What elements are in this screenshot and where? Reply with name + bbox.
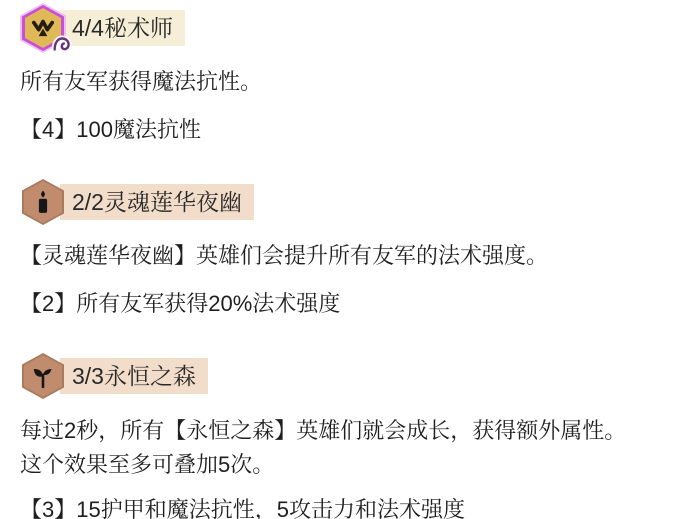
trait-bonus-mystic: 【4】100魔法抗性 [20,116,668,144]
trait-tier-label-spirit-blossom: 2/2灵魂莲华夜幽 [60,184,254,220]
eternal-forest-trait-hex [20,351,66,401]
trait-section-spirit-blossom: 2/2灵魂莲华夜幽 【灵魂莲华夜幽】英雄们会提升所有友军的法术强度。 【2】所有… [20,178,668,318]
trait-description-eternal-forest: 每过2秒，所有【永恒之森】英雄们就会成长，获得额外属性。 这个效果至多可叠加5次… [20,414,668,482]
trait-tier-label-mystic: 4/4秘术师 [60,10,185,46]
trait-header-spirit-blossom[interactable]: 2/2灵魂莲华夜幽 [20,178,668,226]
trait-description-line-1: 每过2秒，所有【永恒之森】英雄们就会成长，获得额外属性。 [20,414,668,448]
mystic-trait-hex [20,3,66,53]
trait-bonus-eternal-forest: 【3】15护甲和魔法抗性，5攻击力和法术强度 [20,496,668,519]
trait-description-mystic: 所有友军获得魔法抗性。 [20,68,668,96]
trait-header-eternal-forest[interactable]: 3/3永恒之森 [20,352,668,400]
swirl-badge-icon [51,33,73,55]
trait-bonus-spirit-blossom: 【2】所有友军获得20%法术强度 [20,290,668,318]
trait-tier-label-eternal-forest: 3/3永恒之森 [60,358,208,394]
spirit-blossom-trait-hex [20,177,66,227]
trait-description-spirit-blossom: 【灵魂莲华夜幽】英雄们会提升所有友军的法术强度。 [20,242,668,270]
trait-header-mystic[interactable]: 4/4秘术师 [20,4,668,52]
sprout-emblem-icon [30,363,56,389]
candle-emblem-icon [30,189,56,215]
trait-description-line-2: 这个效果至多可叠加5次。 [20,448,668,482]
trait-section-mystic: 4/4秘术师 所有友军获得魔法抗性。 【4】100魔法抗性 [20,4,668,144]
trait-section-eternal-forest: 3/3永恒之森 每过2秒，所有【永恒之森】英雄们就会成长，获得额外属性。 这个效… [20,352,668,519]
